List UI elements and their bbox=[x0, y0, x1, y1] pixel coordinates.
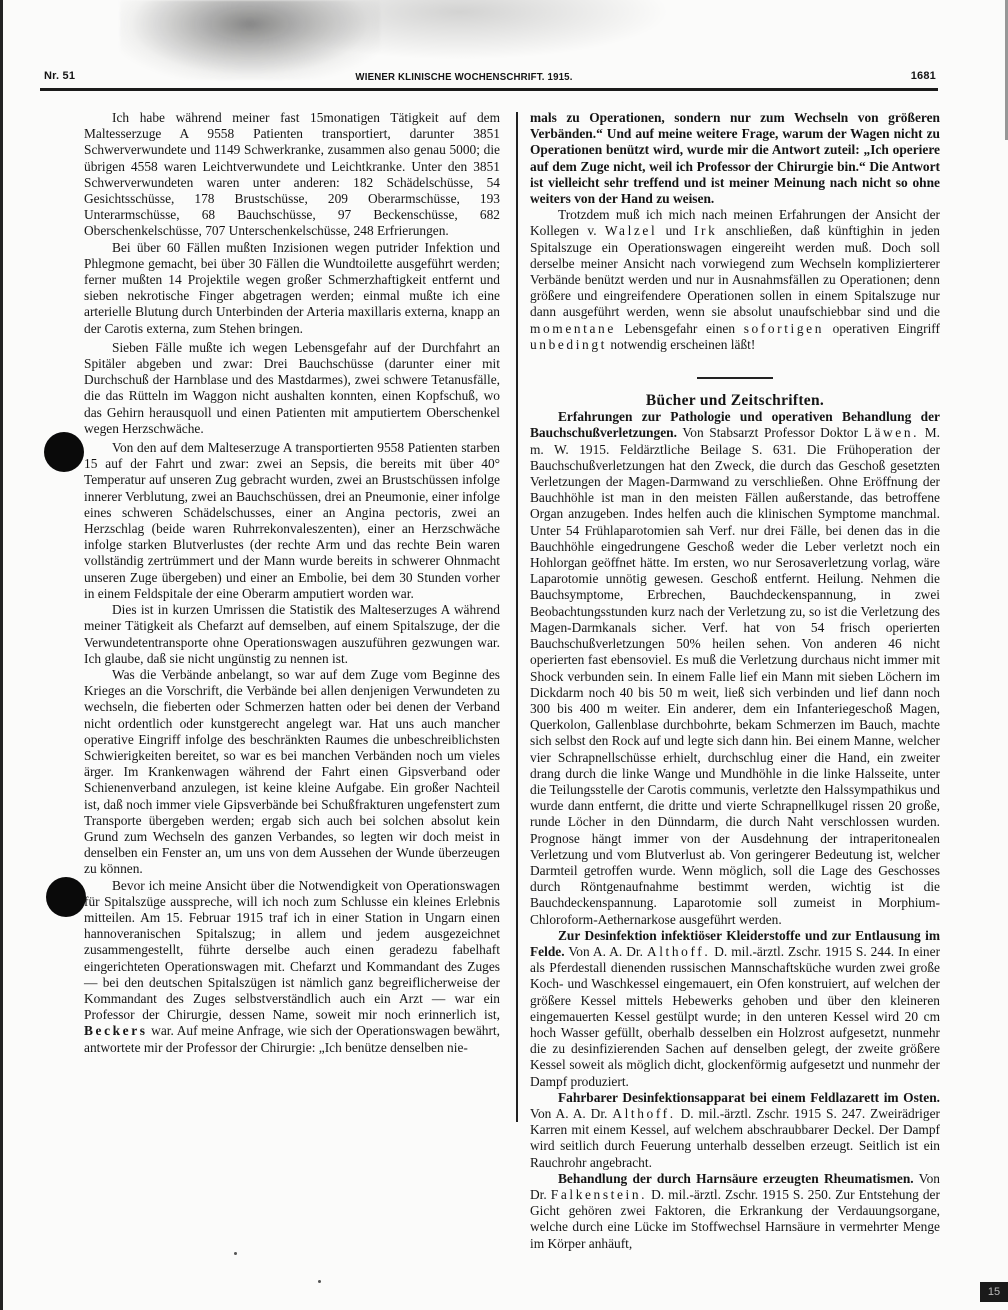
review-entry: Erfahrungen zur Pathologie und operative… bbox=[530, 409, 940, 928]
section-title: Bücher und Zeitschriften. bbox=[530, 393, 940, 409]
emphasis: momentane bbox=[530, 321, 616, 336]
paragraph: Dies ist in kurzen Umrissen die Statisti… bbox=[84, 602, 500, 667]
citation: D. mil.-ärztl. Zschr. 1915 S. 244. bbox=[714, 944, 894, 959]
paragraph: Bevor ich meine Ansicht über die Notwend… bbox=[84, 878, 500, 1056]
review-entry: Fahrbarer Desinfektionsapparat bei einem… bbox=[530, 1090, 940, 1171]
scan-speck bbox=[234, 1252, 237, 1255]
paragraph: Ich habe während meiner fast 15monatigen… bbox=[84, 110, 500, 240]
right-column: mals zu Operationen, sondern nur zum Wec… bbox=[530, 110, 940, 1252]
review-title: Fahrbarer Desinfektionsapparat bei einem… bbox=[558, 1090, 940, 1105]
citation: D. mil.-ärztl. Zschr. 1915 S. 247. bbox=[681, 1106, 866, 1121]
author-name: Irk bbox=[694, 223, 717, 238]
emphasis: unbedingt bbox=[530, 337, 607, 352]
author-name: Falkenstein. bbox=[551, 1187, 647, 1202]
scan-noise bbox=[250, 0, 670, 60]
punch-hole-icon bbox=[44, 432, 84, 472]
corner-tab: 15 bbox=[980, 1282, 1008, 1302]
citation: D. mil.-ärztl. Zschr. 1915 S. 250. bbox=[651, 1187, 831, 1202]
paragraph: mals zu Operationen, sondern nur zum Wec… bbox=[530, 110, 940, 207]
paragraph: Von den auf dem Malteserzuge A transport… bbox=[84, 440, 500, 602]
left-column: Ich habe während meiner fast 15monatigen… bbox=[84, 110, 500, 1056]
header-rule bbox=[40, 88, 938, 91]
paragraph: Sieben Fälle mußte ich wegen Lebensgefah… bbox=[84, 340, 500, 437]
paragraph: Bei über 60 Fällen mußten Inzisionen weg… bbox=[84, 240, 500, 337]
author-name: Beckers bbox=[84, 1023, 148, 1038]
review-entry: Zur Desinfektion infektiöser Kleiderstof… bbox=[530, 928, 940, 1090]
author-name: Althoff. bbox=[612, 1106, 675, 1121]
scan-border bbox=[0, 0, 3, 1310]
author-name: Walzel bbox=[605, 223, 657, 238]
review-title: Behandlung der durch Harnsäure erzeugten… bbox=[558, 1171, 914, 1186]
section-separator bbox=[697, 377, 773, 379]
paragraph: Was die Verbände anbelangt, so war auf d… bbox=[84, 667, 500, 878]
column-divider bbox=[516, 112, 518, 1122]
punch-hole-icon bbox=[46, 877, 86, 917]
issue-number: Nr. 51 bbox=[44, 70, 75, 82]
emphasis: sofortigen bbox=[744, 321, 824, 336]
page-number: 1681 bbox=[911, 70, 936, 82]
scan-speck bbox=[318, 1280, 321, 1283]
review-entry: Behandlung der durch Harnsäure erzeugten… bbox=[530, 1171, 940, 1252]
journal-title: WIENER KLINISCHE WOCHENSCHRIFT. 1915. bbox=[188, 71, 740, 83]
running-header: Nr. 51 WIENER KLINISCHE WOCHENSCHRIFT. 1… bbox=[44, 66, 944, 88]
author-name: Althoff. bbox=[647, 944, 710, 959]
author-name: Läwen. bbox=[864, 425, 919, 440]
paragraph: Trotzdem muß ich mich nach meinen Erfahr… bbox=[530, 207, 940, 353]
